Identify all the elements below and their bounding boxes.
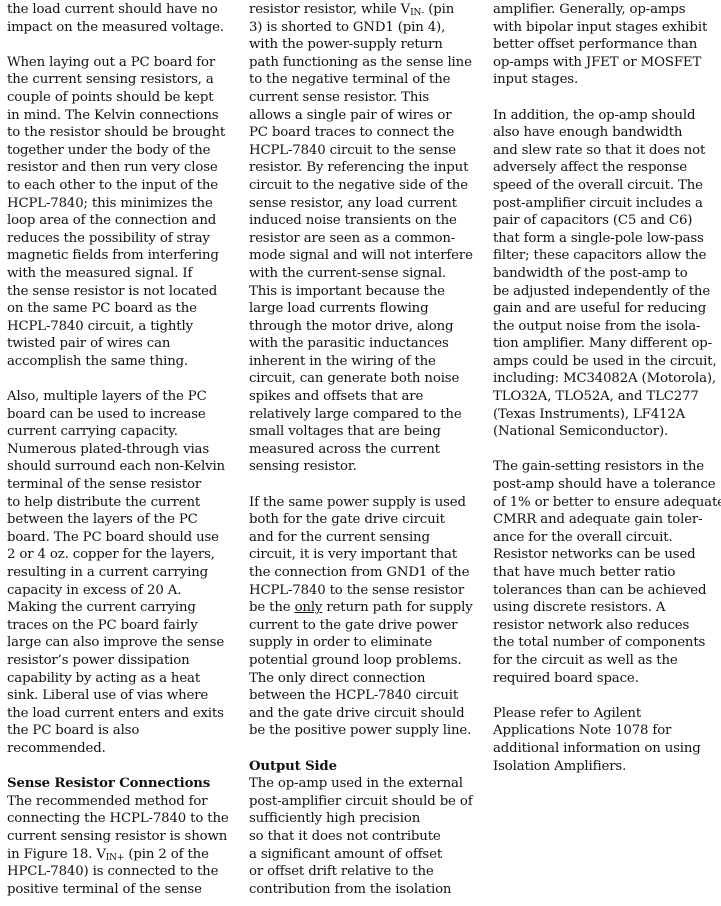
text-line: circuit to the negative side of the <box>249 177 484 195</box>
text-line: connecting the HCPL-7840 to the <box>7 810 242 828</box>
text-line: be adjusted independently of the <box>493 283 721 301</box>
text-run: resistor resistor, while V <box>249 2 410 17</box>
paragraph: Also, multiple layers of the PCboard can… <box>7 388 242 757</box>
text-line: and the gate drive circuit should <box>249 705 484 723</box>
text-line: In addition, the op-amp should <box>493 107 721 125</box>
text-line: board can be used to increase <box>7 406 242 424</box>
paragraph: If the same power supply is usedboth for… <box>249 494 484 740</box>
text-line: post-amplifier circuit should be of <box>249 793 484 811</box>
paragraph: The gain-setting resistors in thepost-am… <box>493 458 721 687</box>
text-line: amplifier. Generally, op-amps <box>493 1 721 19</box>
text-line: twisted pair of wires can <box>7 335 242 353</box>
paragraph-gap <box>249 740 484 758</box>
paragraph-gap <box>249 476 484 494</box>
text-line: large can also improve the sense <box>7 634 242 652</box>
text-line: in mind. The Kelvin connections <box>7 107 242 125</box>
text-line: accomplish the same thing. <box>7 353 242 371</box>
text-run: return path for supply <box>322 600 472 615</box>
text-line: sensing resistor. <box>249 458 484 476</box>
text-line: speed of the overall circuit. The <box>493 177 721 195</box>
text-line: Also, multiple layers of the PC <box>7 388 242 406</box>
text-line: should surround each non-Kelvin <box>7 458 242 476</box>
text-line: measured across the current <box>249 441 484 459</box>
text-line: capacity in excess of 20 A. <box>7 582 242 600</box>
text-line: op-amps with JFET or MOSFET <box>493 54 721 72</box>
text-line: traces on the PC board fairly <box>7 617 242 635</box>
text-column-right: amplifier. Generally, op-ampswith bipola… <box>493 1 721 775</box>
paragraph-gap <box>493 441 721 459</box>
text-run: be the <box>249 600 295 615</box>
text-line: using discrete resistors. A <box>493 599 721 617</box>
text-column-left: the load current should have noimpact on… <box>7 1 242 898</box>
text-line: HPCL-7840) is connected to the <box>7 863 242 881</box>
text-line: loop area of the connection and <box>7 212 242 230</box>
text-line: the connection from GND1 of the <box>249 564 484 582</box>
text-line: (Texas Instruments), LF412A <box>493 406 721 424</box>
paragraph-gap <box>7 758 242 776</box>
paragraph-gap <box>7 370 242 388</box>
text-run: (pin 2 of the <box>124 847 209 862</box>
text-line: inherent in the wiring of the <box>249 353 484 371</box>
text-line: contribution from the isolation <box>249 881 484 899</box>
subscript: IN- <box>410 8 424 18</box>
text-line: Please refer to Agilent <box>493 705 721 723</box>
text-line: allows a single pair of wires or <box>249 107 484 125</box>
text-line: relatively large compared to the <box>249 406 484 424</box>
text-line: tolerances than can be achieved <box>493 582 721 600</box>
text-column-middle: resistor resistor, while VIN- (pin3) is … <box>249 1 484 898</box>
text-line: and slew rate so that it does not <box>493 142 721 160</box>
text-line: that form a single-pole low-pass <box>493 230 721 248</box>
text-line: post-amplifier circuit includes a <box>493 195 721 213</box>
text-line: bandwidth of the post-amp to <box>493 265 721 283</box>
text-line: small voltages that are being <box>249 423 484 441</box>
underlined-emphasis: only <box>295 600 323 615</box>
text-line: current sense resistor. This <box>249 89 484 107</box>
section-heading: Sense Resistor Connections <box>7 775 242 793</box>
text-line: HCPL-7840 circuit to the sense <box>249 142 484 160</box>
text-line: of 1% or better to ensure adequate <box>493 494 721 512</box>
paragraph: amplifier. Generally, op-ampswith bipola… <box>493 1 721 89</box>
text-line: adversely affect the response <box>493 159 721 177</box>
text-line: also have enough bandwidth <box>493 124 721 142</box>
text-line: filter; these capacitors allow the <box>493 247 721 265</box>
text-line: the current sensing resistors, a <box>7 71 242 89</box>
text-line: capability by acting as a heat <box>7 670 242 688</box>
text-line: input stages. <box>493 71 721 89</box>
text-line: induced noise transients on the <box>249 212 484 230</box>
text-line: TLO32A, TLO52A, and TLC277 <box>493 388 721 406</box>
paragraph: The recommended method forconnecting the… <box>7 793 242 899</box>
text-line: and for the current sensing <box>249 529 484 547</box>
text-line: with the power-supply return <box>249 36 484 54</box>
text-line: Isolation Amplifiers. <box>493 758 721 776</box>
text-run: in Figure 18. V <box>7 847 106 862</box>
text-line: with bipolar input stages exhibit <box>493 19 721 37</box>
text-line: 3) is shorted to GND1 (pin 4), <box>249 19 484 37</box>
text-line: If the same power supply is used <box>249 494 484 512</box>
text-line: the sense resistor is not located <box>7 283 242 301</box>
text-line: additional information on using <box>493 740 721 758</box>
text-line: to help distribute the current <box>7 494 242 512</box>
text-line: reduces the possibility of stray <box>7 230 242 248</box>
text-line: resistor resistor, while VIN- (pin <box>249 1 484 19</box>
text-line: Applications Note 1078 for <box>493 722 721 740</box>
text-line: together under the body of the <box>7 142 242 160</box>
text-line: couple of points should be kept <box>7 89 242 107</box>
text-line: resistor are seen as a common- <box>249 230 484 248</box>
paragraph-gap <box>7 36 242 54</box>
text-line: on the same PC board as the <box>7 300 242 318</box>
text-line: both for the gate drive circuit <box>249 511 484 529</box>
text-line: tion amplifier. Many different op- <box>493 335 721 353</box>
text-line: potential ground loop problems. <box>249 652 484 670</box>
section-heading: Output Side <box>249 758 484 776</box>
text-line: Numerous plated-through vias <box>7 441 242 459</box>
text-line: magnetic fields from interfering <box>7 247 242 265</box>
text-line: current carrying capacity. <box>7 423 242 441</box>
text-line: large load currents flowing <box>249 300 484 318</box>
text-line: resistor. By referencing the input <box>249 159 484 177</box>
text-line: with the current-sense signal. <box>249 265 484 283</box>
text-line: Making the current carrying <box>7 599 242 617</box>
text-line: pair of capacitors (C5 and C6) <box>493 212 721 230</box>
text-line: sink. Liberal use of vias where <box>7 687 242 705</box>
text-line: between the layers of the PC <box>7 511 242 529</box>
text-line: HCPL-7840 to the sense resistor <box>249 582 484 600</box>
text-line: circuit, it is very important that <box>249 546 484 564</box>
text-line: be the only return path for supply <box>249 599 484 617</box>
text-line: post-amp should have a tolerance <box>493 476 721 494</box>
text-run: (pin <box>424 2 454 17</box>
text-line: the load current should have no <box>7 1 242 19</box>
text-line: The only direct connection <box>249 670 484 688</box>
paragraph: resistor resistor, while VIN- (pin3) is … <box>249 1 484 476</box>
paragraph: In addition, the op-amp shouldalso have … <box>493 107 721 441</box>
text-line: be the positive power supply line. <box>249 722 484 740</box>
text-line: The gain-setting resistors in the <box>493 458 721 476</box>
text-line: HCPL-7840; this minimizes the <box>7 195 242 213</box>
text-line: resistor and then run very close <box>7 159 242 177</box>
text-line: When laying out a PC board for <box>7 54 242 72</box>
text-line: This is important because the <box>249 283 484 301</box>
text-line: CMRR and adequate gain toler- <box>493 511 721 529</box>
text-line: impact on the measured voltage. <box>7 19 242 37</box>
text-line: through the motor drive, along <box>249 318 484 336</box>
paragraph: the load current should have noimpact on… <box>7 1 242 36</box>
text-line: amps could be used in the circuit, <box>493 353 721 371</box>
text-line: current sensing resistor is shown <box>7 828 242 846</box>
text-line: to the negative terminal of the <box>249 71 484 89</box>
paragraph-gap <box>493 89 721 107</box>
text-line: terminal of the sense resistor <box>7 476 242 494</box>
text-line: resulting in a current carrying <box>7 564 242 582</box>
text-line: between the HCPL-7840 circuit <box>249 687 484 705</box>
paragraph-gap <box>493 687 721 705</box>
text-line: positive terminal of the sense <box>7 881 242 899</box>
text-line: PC board traces to connect the <box>249 124 484 142</box>
text-line: or offset drift relative to the <box>249 863 484 881</box>
text-line: gain and are useful for reducing <box>493 300 721 318</box>
text-line: sense resistor, any load current <box>249 195 484 213</box>
text-line: resistor’s power dissipation <box>7 652 242 670</box>
text-line: mode signal and will not interfere <box>249 247 484 265</box>
text-line: the PC board is also <box>7 722 242 740</box>
text-line: The recommended method for <box>7 793 242 811</box>
text-line: 2 or 4 oz. copper for the layers, <box>7 546 242 564</box>
text-line: path functioning as the sense line <box>249 54 484 72</box>
paragraph: When laying out a PC board forthe curren… <box>7 54 242 371</box>
subscript: IN+ <box>106 853 125 863</box>
text-line: The op-amp used in the external <box>249 775 484 793</box>
text-line: in Figure 18. VIN+ (pin 2 of the <box>7 846 242 864</box>
text-line: resistor network also reduces <box>493 617 721 635</box>
text-line: the output noise from the isola- <box>493 318 721 336</box>
text-line: to the resistor should be brought <box>7 124 242 142</box>
text-line: that have much better ratio <box>493 564 721 582</box>
text-line: (National Semiconductor). <box>493 423 721 441</box>
text-line: a significant amount of offset <box>249 846 484 864</box>
text-line: current to the gate drive power <box>249 617 484 635</box>
text-line: Resistor networks can be used <box>493 546 721 564</box>
text-line: to each other to the input of the <box>7 177 242 195</box>
text-line: supply in order to eliminate <box>249 634 484 652</box>
text-line: with the measured signal. If <box>7 265 242 283</box>
text-line: better offset performance than <box>493 36 721 54</box>
text-line: spikes and offsets that are <box>249 388 484 406</box>
text-line: the load current enters and exits <box>7 705 242 723</box>
text-line: the total number of components <box>493 634 721 652</box>
text-line: so that it does not contribute <box>249 828 484 846</box>
paragraph: Please refer to AgilentApplications Note… <box>493 705 721 775</box>
text-line: recommended. <box>7 740 242 758</box>
text-line: required board space. <box>493 670 721 688</box>
text-line: board. The PC board should use <box>7 529 242 547</box>
text-line: including: MC34082A (Motorola), <box>493 370 721 388</box>
text-line: for the circuit as well as the <box>493 652 721 670</box>
text-line: sufficiently high precision <box>249 810 484 828</box>
text-line: with the parasitic inductances <box>249 335 484 353</box>
text-line: ance for the overall circuit. <box>493 529 721 547</box>
paragraph: The op-amp used in the externalpost-ampl… <box>249 775 484 898</box>
text-line: circuit, can generate both noise <box>249 370 484 388</box>
text-line: HCPL-7840 circuit, a tightly <box>7 318 242 336</box>
